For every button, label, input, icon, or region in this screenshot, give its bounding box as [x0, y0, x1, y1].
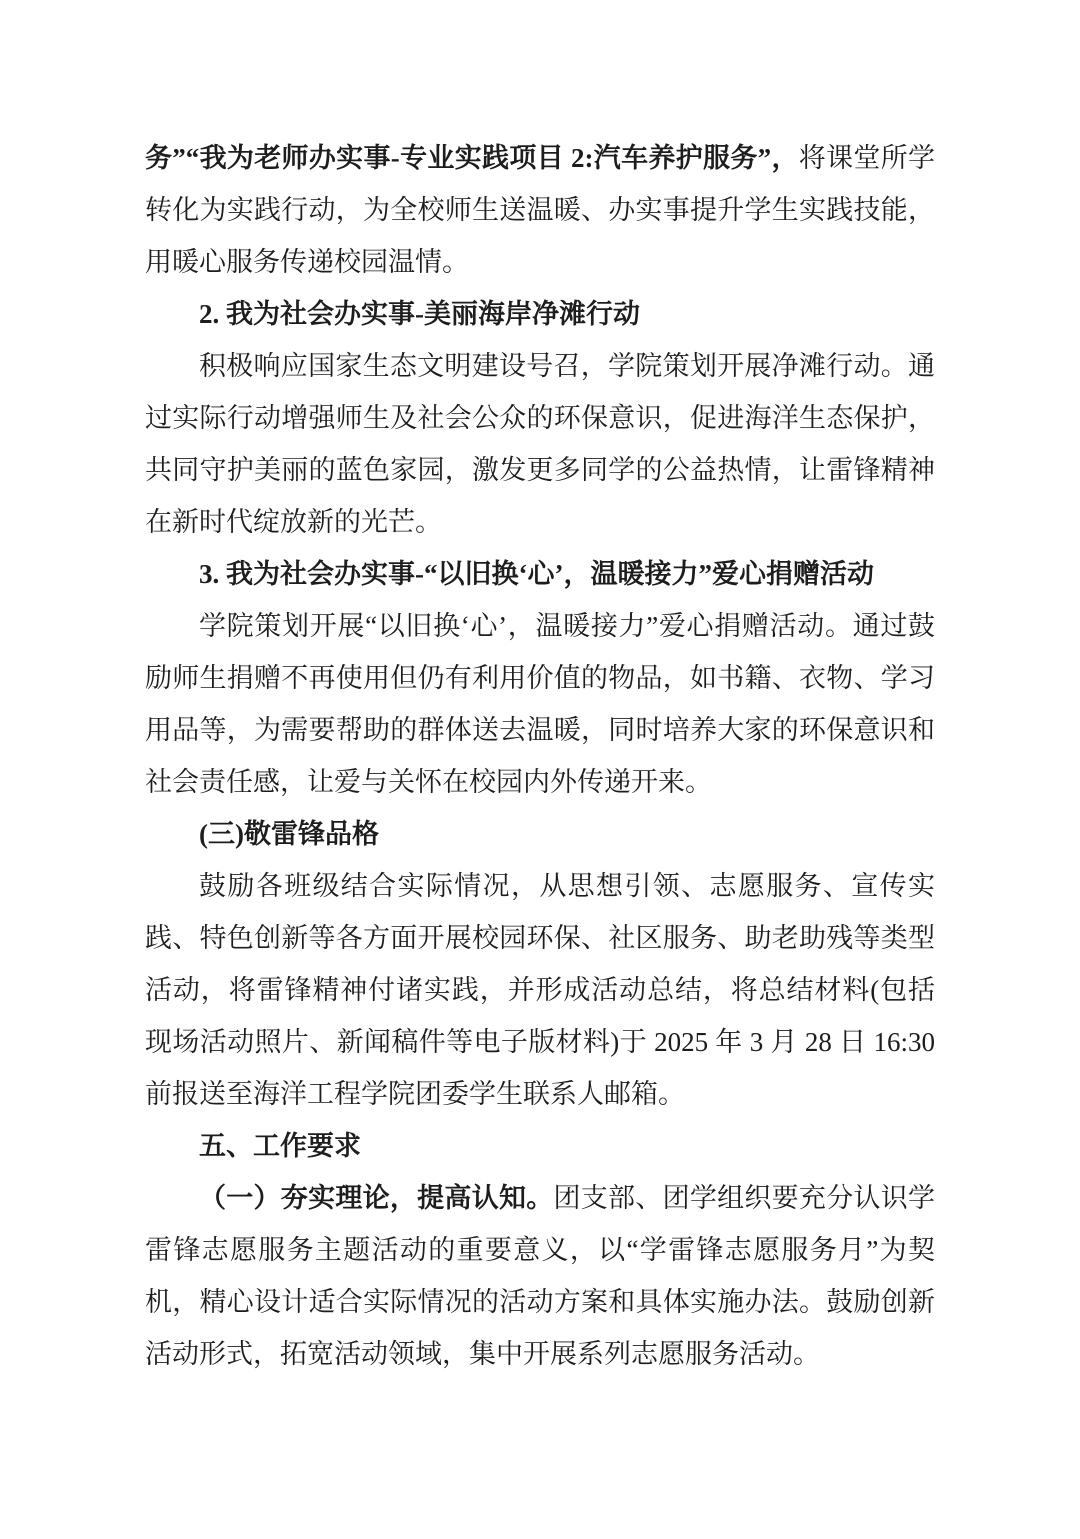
paragraph-work-requirement-1: （一）夯实理论，提高认知。团支部、团学组织要充分认识学雷锋志愿服务主题活动的重要…: [145, 1172, 935, 1380]
paragraph-class-activities: 鼓励各班级结合实际情况，从思想引领、志愿服务、宣传实践、特色创新等各方面开展校园…: [145, 860, 935, 1120]
bold-activity-title: 务”“我为老师办实事-专业实践项目 2:汽车养护服务”，: [145, 143, 799, 173]
document-page: 务”“我为老师办实事-专业实践项目 2:汽车养护服务”，将课堂所学转化为实践行动…: [0, 0, 1080, 1539]
heading-item-2-beach-cleanup: 2. 我为社会办实事-美丽海岸净滩行动: [145, 288, 935, 340]
heading-item-3-donation: 3. 我为社会办实事-“以旧换‘心’，温暖接力”爱心捐赠活动: [145, 548, 935, 600]
heading-section-5-work-requirements: 五、工作要求: [145, 1120, 935, 1172]
paragraph-teacher-service-continuation: 务”“我为老师办实事-专业实践项目 2:汽车养护服务”，将课堂所学转化为实践行动…: [145, 132, 935, 288]
heading-section-3-leifeng-character: (三)敬雷锋品格: [145, 808, 935, 860]
paragraph-donation: 学院策划开展“以旧换‘心’，温暖接力”爱心捐赠活动。通过鼓励师生捐赠不再使用但仍…: [145, 600, 935, 808]
bold-requirement-title: （一）夯实理论，提高认知。: [199, 1183, 554, 1213]
paragraph-beach-cleanup: 积极响应国家生态文明建设号召，学院策划开展净滩行动。通过实际行动增强师生及社会公…: [145, 340, 935, 548]
